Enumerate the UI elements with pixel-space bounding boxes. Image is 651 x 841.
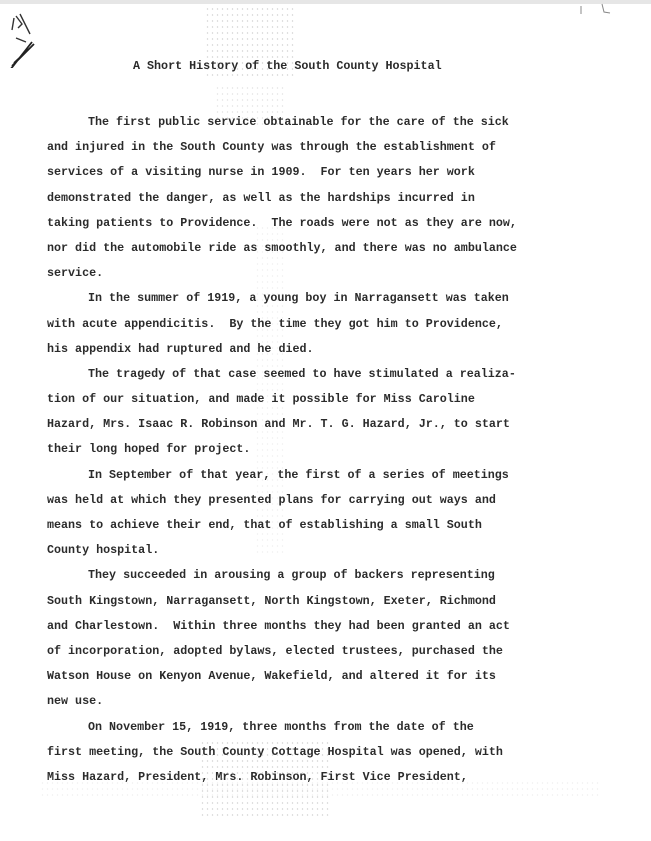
scanned-page: A Short History of the South County Hosp…	[0, 0, 651, 841]
handwritten-corner-mark-icon	[578, 2, 618, 16]
text-line: On November 15, 1919, three months from …	[47, 715, 607, 740]
text-line: first meeting, the South County Cottage …	[47, 740, 607, 765]
text-line: service.	[47, 261, 607, 286]
viewer-top-edge	[0, 0, 651, 4]
text-line: of incorporation, adopted bylaws, electe…	[47, 639, 607, 664]
text-line: In the summer of 1919, a young boy in Na…	[47, 286, 607, 311]
text-line: County hospital.	[47, 538, 607, 563]
handwritten-check-mark-icon	[4, 8, 44, 68]
text-line: services of a visiting nurse in 1909. Fo…	[47, 160, 607, 185]
text-line: means to achieve their end, that of esta…	[47, 513, 607, 538]
text-line: new use.	[47, 689, 607, 714]
text-line: their long hoped for project.	[47, 437, 607, 462]
text-line: Miss Hazard, President, Mrs. Robinson, F…	[47, 765, 607, 790]
text-line: demonstrated the danger, as well as the …	[47, 186, 607, 211]
text-line: They succeeded in arousing a group of ba…	[47, 563, 607, 588]
paragraph: They succeeded in arousing a group of ba…	[47, 563, 607, 714]
text-line: nor did the automobile ride as smoothly,…	[47, 236, 607, 261]
text-line: The tragedy of that case seemed to have …	[47, 362, 607, 387]
text-line: In September of that year, the first of …	[47, 463, 607, 488]
text-line: The first public service obtainable for …	[47, 110, 607, 135]
text-line: Hazard, Mrs. Isaac R. Robinson and Mr. T…	[47, 412, 607, 437]
document-body: The first public service obtainable for …	[47, 110, 607, 790]
document-title: A Short History of the South County Hosp…	[133, 59, 442, 73]
text-line: his appendix had ruptured and he died.	[47, 337, 607, 362]
paragraph: In September of that year, the first of …	[47, 463, 607, 564]
text-line: tion of our situation, and made it possi…	[47, 387, 607, 412]
paragraph: The first public service obtainable for …	[47, 110, 607, 286]
text-line: with acute appendicitis. By the time the…	[47, 312, 607, 337]
paragraph: The tragedy of that case seemed to have …	[47, 362, 607, 463]
text-line: and Charlestown. Within three months the…	[47, 614, 607, 639]
text-line: and injured in the South County was thro…	[47, 135, 607, 160]
text-line: taking patients to Providence. The roads…	[47, 211, 607, 236]
text-line: South Kingstown, Narragansett, North Kin…	[47, 589, 607, 614]
text-line: was held at which they presented plans f…	[47, 488, 607, 513]
paragraph: On November 15, 1919, three months from …	[47, 715, 607, 791]
text-line: Watson House on Kenyon Avenue, Wakefield…	[47, 664, 607, 689]
paragraph: In the summer of 1919, a young boy in Na…	[47, 286, 607, 362]
